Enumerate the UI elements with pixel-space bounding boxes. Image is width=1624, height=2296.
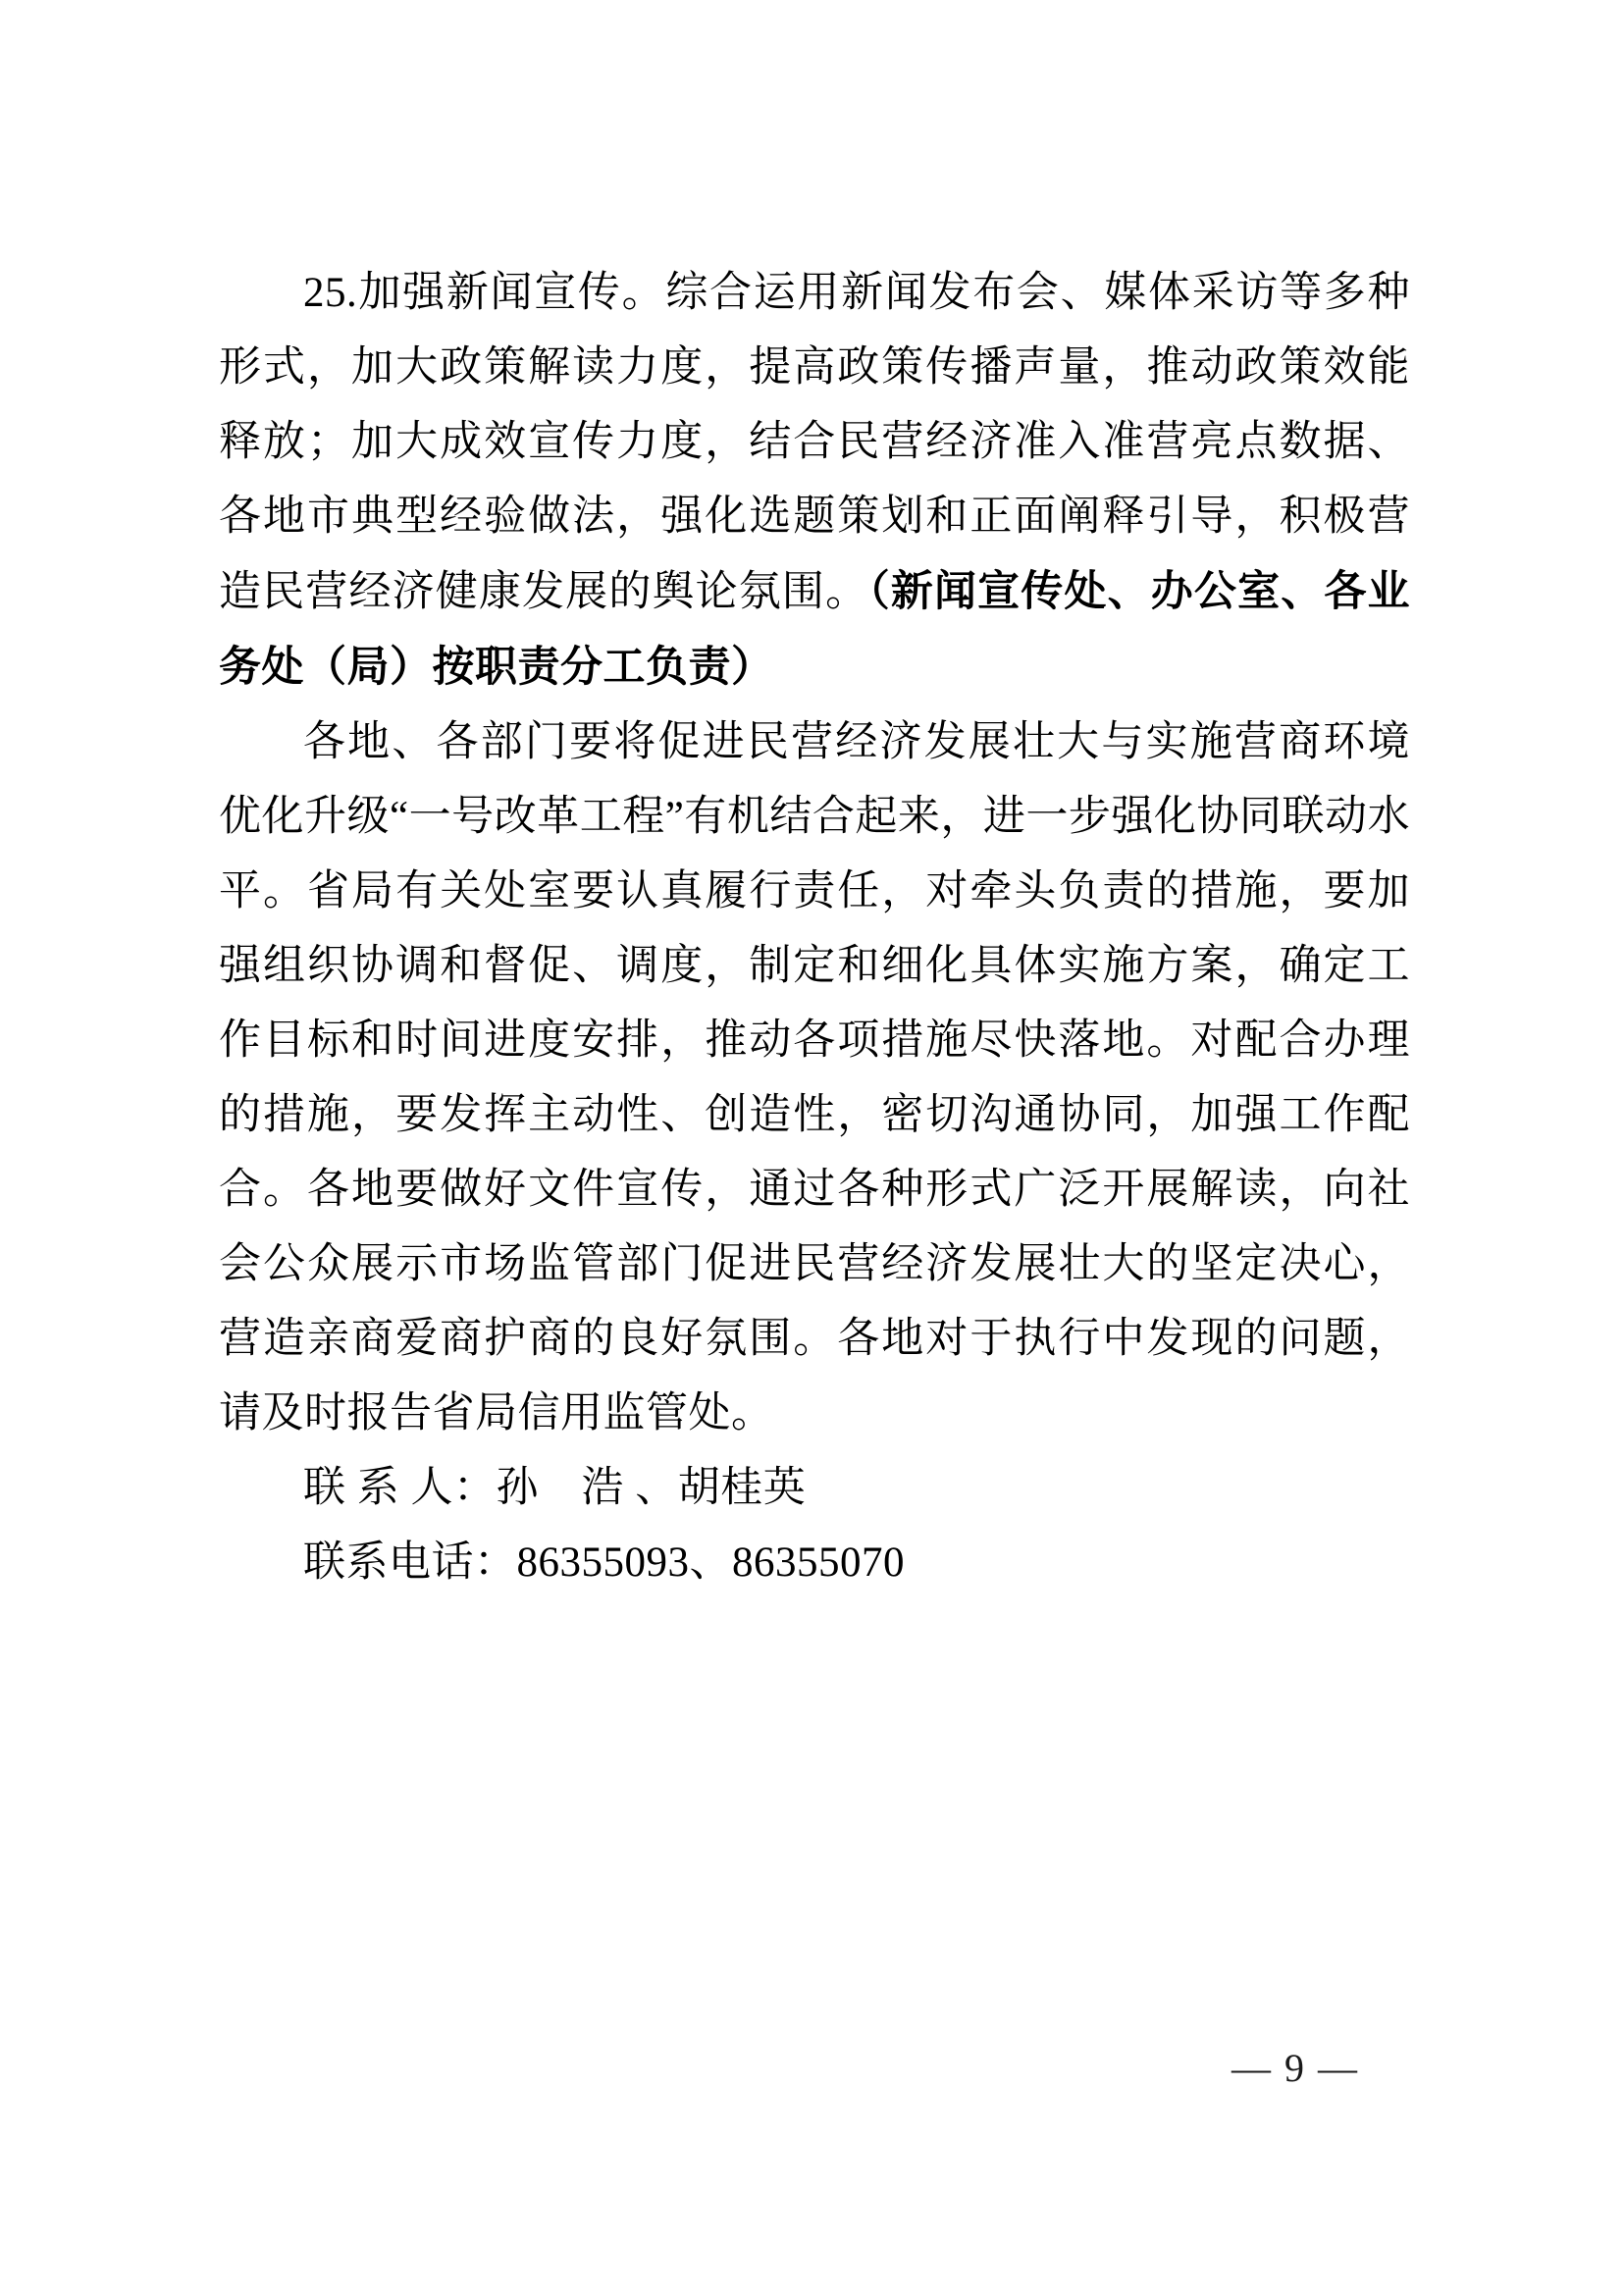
contact-person-line: 联 系 人：孙 浩 、胡桂英 <box>219 1451 1410 1526</box>
paragraph-closing-requirements: 各地、各部门要将促进民营经济发展壮大与实施营商环境优化升级“一号改革工程”有机结… <box>219 705 1410 1451</box>
document-body: 25.加强新闻宣传。综合运用新闻发布会、媒体采访等多种形式，加大政策解读力度，提… <box>219 256 1410 1600</box>
page-number: — 9 — <box>1217 2039 1374 2098</box>
document-page: 25.加强新闻宣传。综合运用新闻发布会、媒体采访等多种形式，加大政策解读力度，提… <box>0 0 1624 2296</box>
paragraph-item-25-text: 25.加强新闻宣传。综合运用新闻发布会、媒体采访等多种形式，加大政策解读力度，提… <box>219 270 1410 615</box>
contact-phone-line: 联系电话：86355093、86355070 <box>219 1526 1410 1600</box>
paragraph-item-25: 25.加强新闻宣传。综合运用新闻发布会、媒体采访等多种形式，加大政策解读力度，提… <box>219 256 1410 705</box>
